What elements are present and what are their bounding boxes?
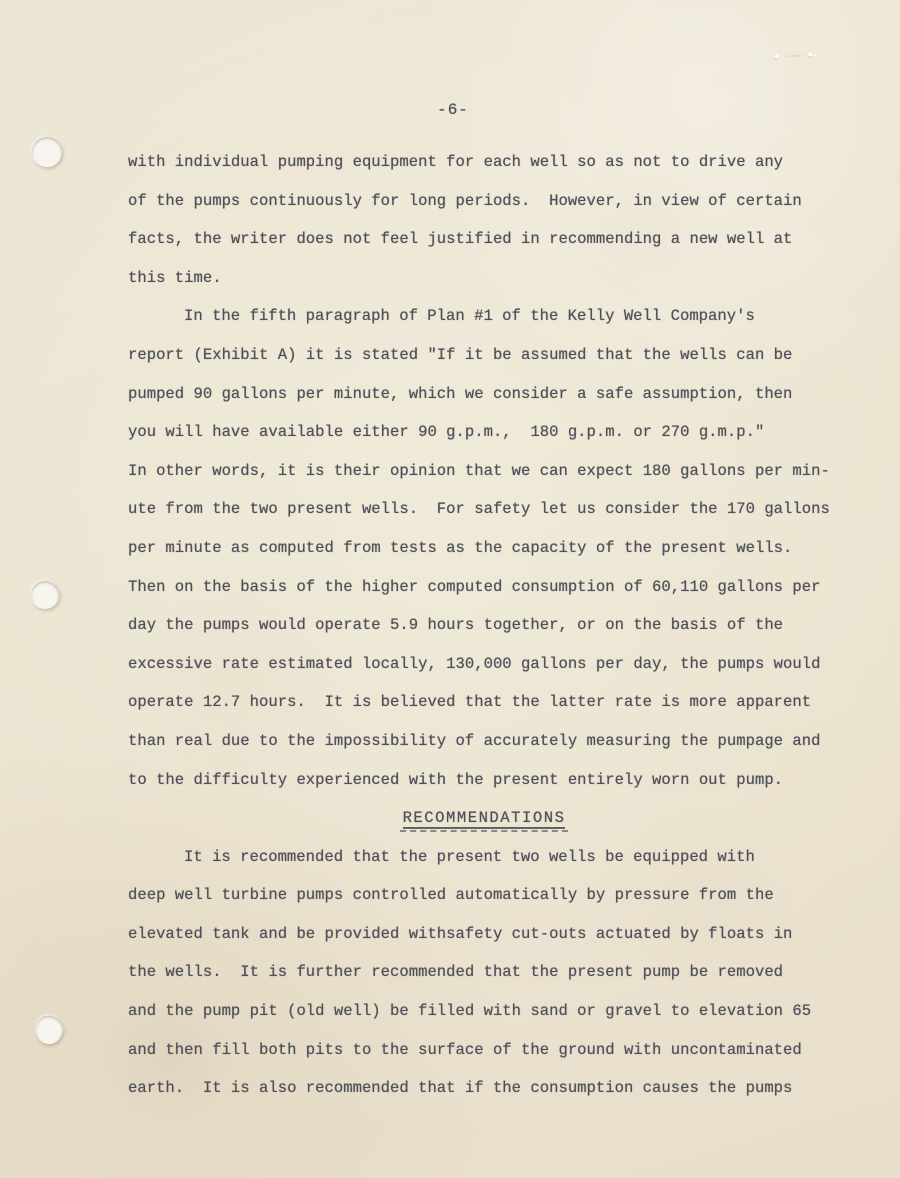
document-body: with individual pumping equipment for ea… [128,143,840,1108]
staple-hole-left [774,54,779,59]
staple-hole-right [808,52,813,57]
text-line: Then on the basis of the higher computed… [128,568,840,607]
text-line: earth. It is also recommended that if th… [128,1069,840,1108]
text-line: In other words, it is their opinion that… [128,452,840,491]
text-line: and the pump pit (old well) be filled wi… [128,992,840,1031]
page-number: -6- [0,101,900,119]
section-heading-line: RECOMMENDATIONS [128,799,840,838]
text-line: pumped 90 gallons per minute, which we c… [128,375,840,414]
document-page: -6- with individual pumping equipment fo… [0,0,900,1178]
staple-mark [772,48,818,62]
text-line: In the fifth paragraph of Plan #1 of the… [128,297,840,336]
punch-hole-top [32,137,62,167]
punch-hole-bottom [33,1013,66,1047]
text-line: day the pumps would operate 5.9 hours to… [128,606,840,645]
text-line: elevated tank and be provided withsafety… [128,915,840,954]
text-line: per minute as computed from tests as the… [128,529,840,568]
text-line: the wells. It is further recommended tha… [128,953,840,992]
text-line: It is recommended that the present two w… [128,838,840,877]
staple-crease [774,54,816,57]
text-line: you will have available either 90 g.p.m.… [128,413,840,452]
punch-hole-middle [31,581,59,609]
text-line: than real due to the impossibility of ac… [128,722,840,761]
text-line: deep well turbine pumps controlled autom… [128,876,840,915]
text-line: with individual pumping equipment for ea… [128,143,840,182]
paragraphs-before-heading: with individual pumping equipment for ea… [128,143,840,799]
text-line: of the pumps continuously for long perio… [128,182,840,221]
text-line: operate 12.7 hours. It is believed that … [128,683,840,722]
text-line: report (Exhibit A) it is stated "If it b… [128,336,840,375]
text-line: and then fill both pits to the surface o… [128,1031,840,1070]
text-line: ute from the two present wells. For safe… [128,490,840,529]
section-heading: RECOMMENDATIONS [403,809,566,829]
paragraphs-after-heading: It is recommended that the present two w… [128,838,840,1108]
text-line: facts, the writer does not feel justifie… [128,220,840,259]
text-line: this time. [128,259,840,298]
text-line: excessive rate estimated locally, 130,00… [128,645,840,684]
text-line: to the difficulty experienced with the p… [128,761,840,800]
